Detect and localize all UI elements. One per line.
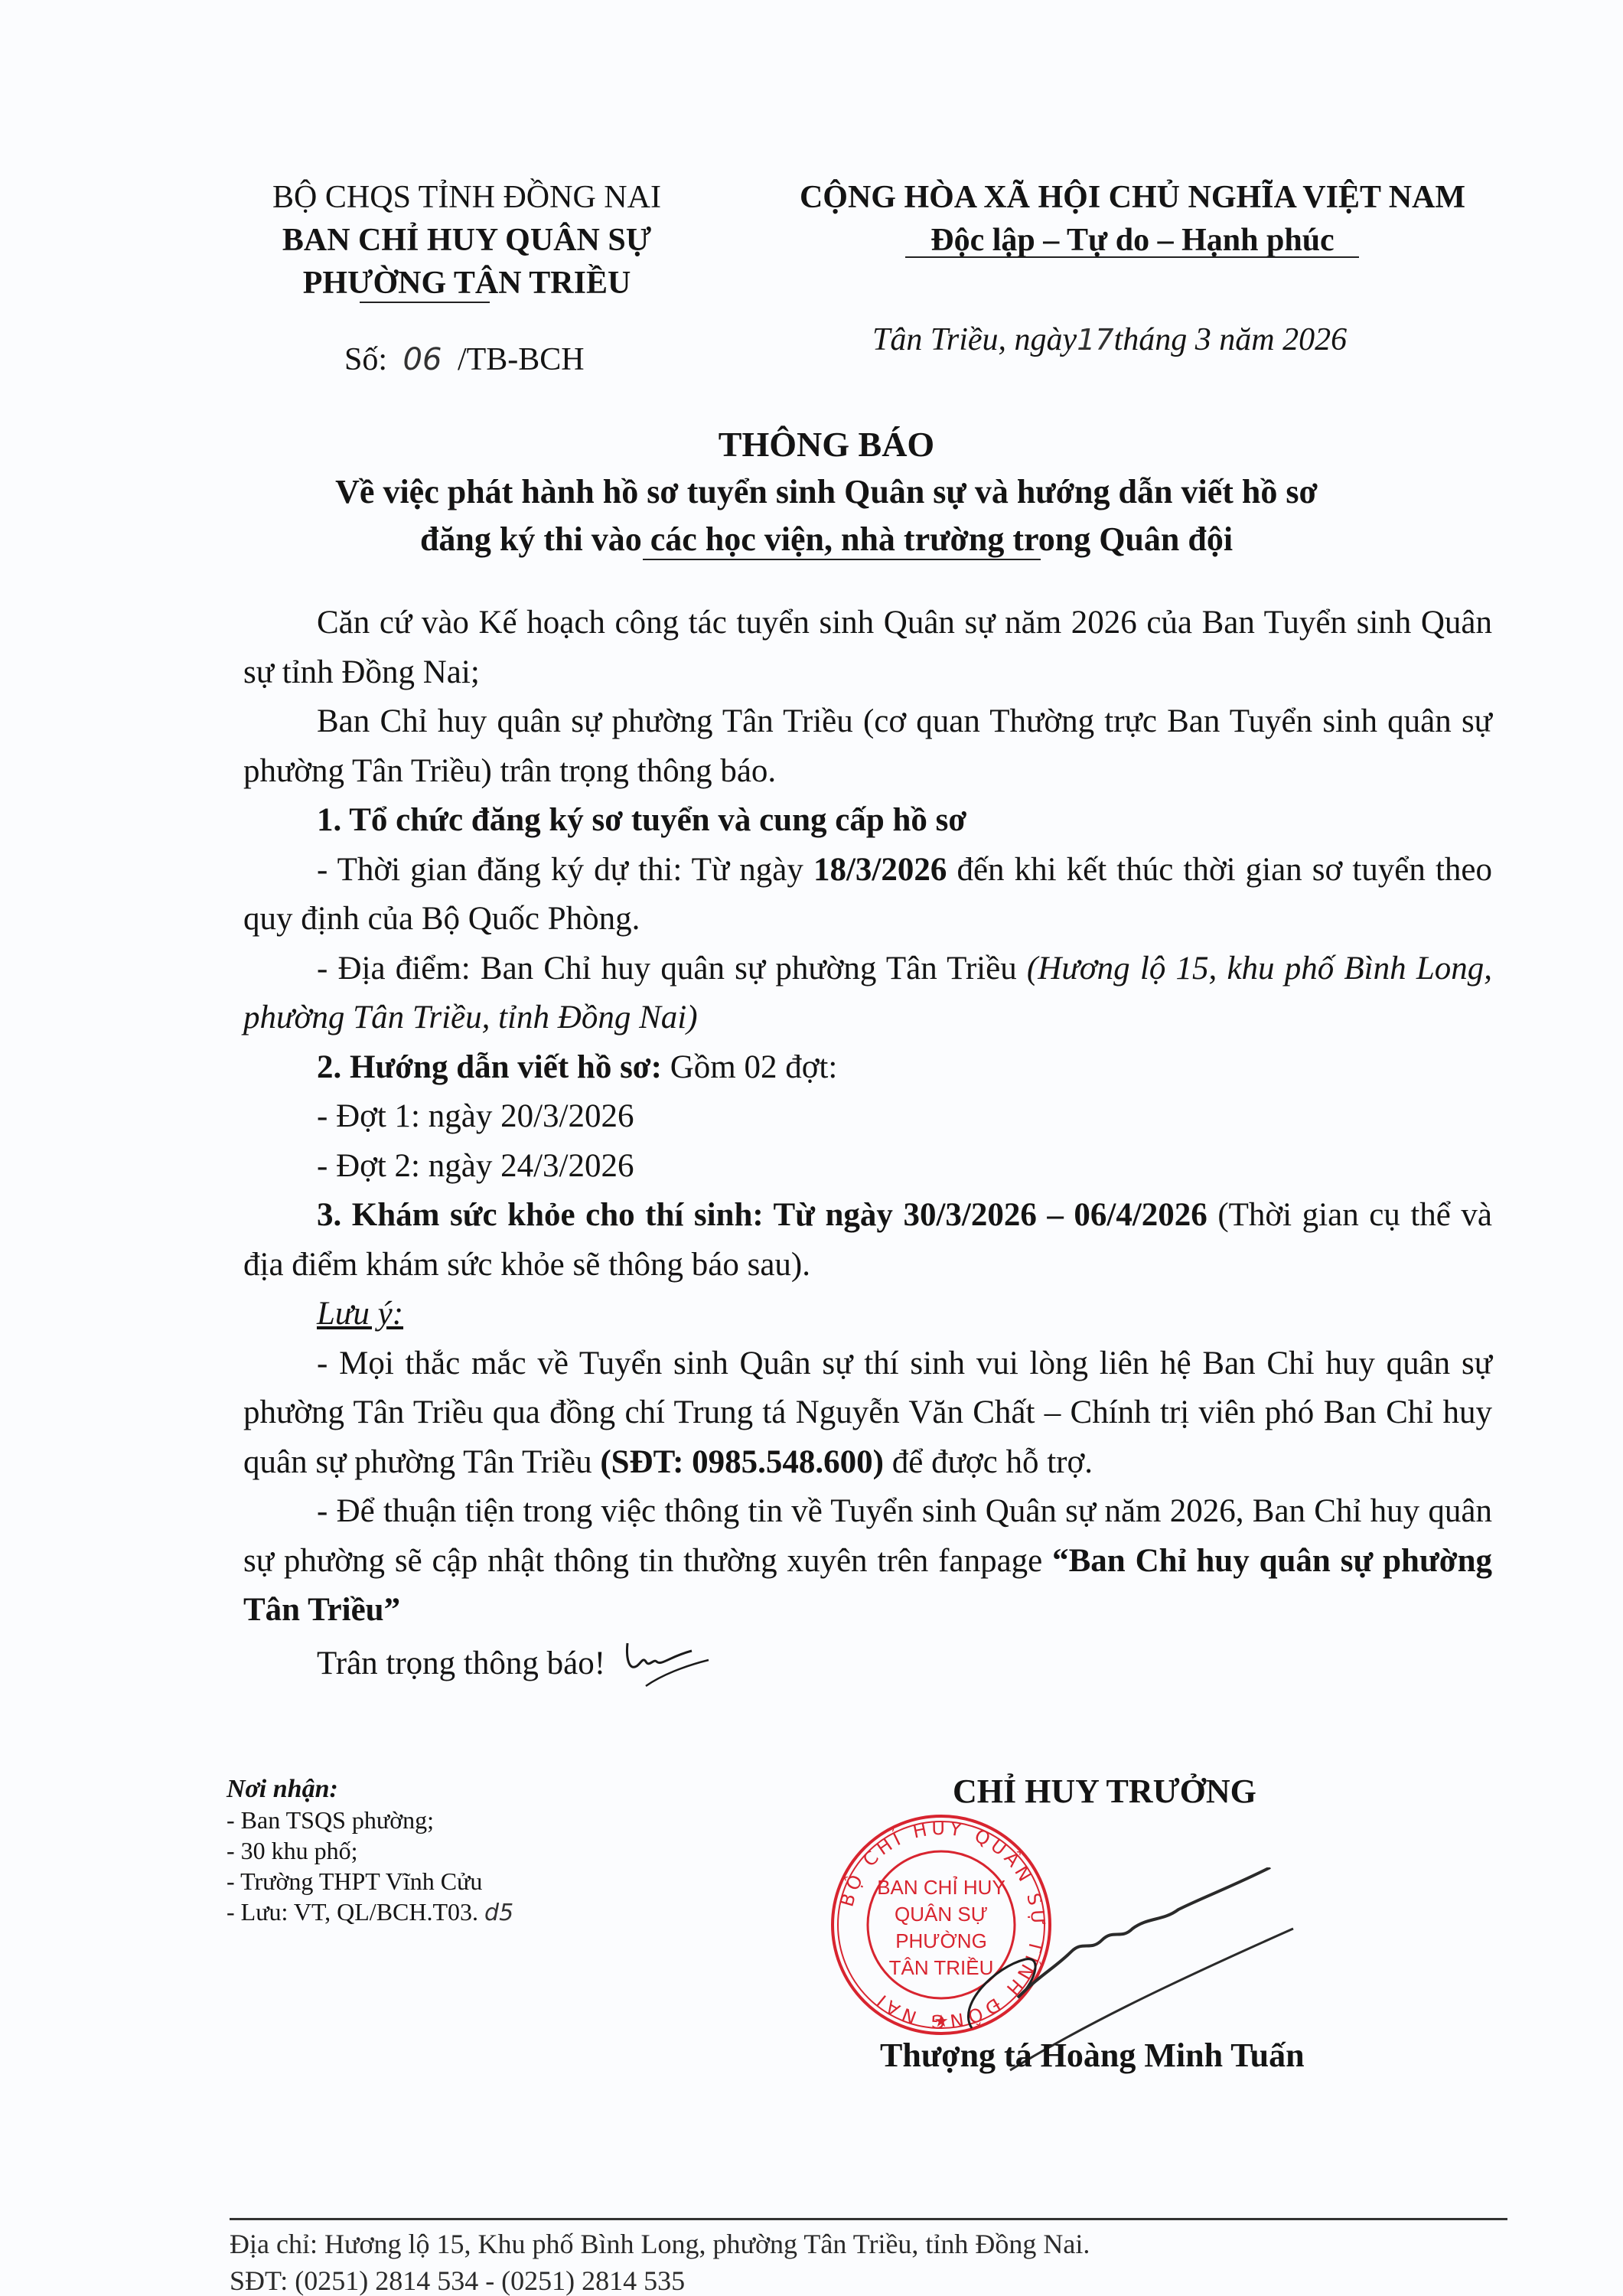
- title-underline: [643, 559, 1041, 560]
- document-subject-line1: Về việc phát hành hồ sơ tuyển sinh Quân …: [230, 468, 1423, 516]
- issuing-authority-block: BỘ CHQS TỈNH ĐỒNG NAI BAN CHỈ HUY QUÂN S…: [207, 176, 727, 305]
- signer-title: CHỈ HUY TRƯỞNG: [953, 1772, 1256, 1811]
- national-motto-block: CỘNG HÒA XÃ HỘI CHỦ NGHĨA VIỆT NAM Độc l…: [735, 176, 1530, 262]
- intro-announcement: Ban Chỉ huy quân sự phường Tân Triều (cơ…: [243, 697, 1492, 796]
- footer-divider: [230, 2218, 1507, 2220]
- section-1-heading: 1. Tổ chức đăng ký sơ tuyển và cung cấp …: [243, 796, 1492, 846]
- document-number: Số: 06 /TB-BCH: [344, 341, 585, 378]
- issuing-unit-line2: PHƯỜNG TÂN TRIỀU: [207, 262, 727, 305]
- footer-block: Địa chỉ: Hương lộ 15, Khu phố Bình Long,…: [230, 2226, 1530, 2296]
- closing-line: Trân trọng thông báo!: [243, 1636, 1492, 1689]
- footer-address: Địa chỉ: Hương lộ 15, Khu phố Bình Long,…: [230, 2226, 1530, 2262]
- header-left-underline: [360, 302, 490, 303]
- title-block: THÔNG BÁO Về việc phát hành hồ sơ tuyển …: [230, 421, 1423, 563]
- recipient-item: - Ban TSQS phường;: [227, 1805, 762, 1835]
- round-2: - Đợt 2: ngày 24/3/2026: [243, 1142, 1492, 1192]
- intro-basis: Căn cứ vào Kế hoạch công tác tuyển sinh …: [243, 598, 1492, 697]
- initials-signature-icon: [623, 1636, 715, 1689]
- recipient-item: - 30 khu phố;: [227, 1835, 762, 1866]
- document-subject-line2: đăng ký thi vào các học viện, nhà trường…: [230, 516, 1423, 563]
- health-check-dates: : Từ ngày 30/3/2026 – 06/4/2026: [752, 1197, 1207, 1233]
- note-label-line: Lưu ý:: [243, 1290, 1492, 1339]
- date-prefix: Tân Triều, ngày: [872, 322, 1077, 357]
- national-motto: Độc lập – Tự do – Hạnh phúc: [735, 219, 1530, 262]
- footer-phone: SĐT: (0251) 2814 534 - (0251) 2814 535: [230, 2262, 1530, 2296]
- doc-number-handwritten: 06: [396, 342, 450, 377]
- note-item-1: - Mọi thắc mắc về Tuyển sinh Quân sự thí…: [243, 1339, 1492, 1488]
- country-name: CỘNG HÒA XÃ HỘI CHỦ NGHĨA VIỆT NAM: [735, 176, 1530, 219]
- contact-phone: (SĐT: 0985.548.600): [600, 1444, 884, 1480]
- issue-date: Tân Triều, ngày17tháng 3 năm 2026: [872, 321, 1347, 358]
- registration-start-date: 18/3/2026: [813, 852, 947, 888]
- date-suffix: tháng 3 năm 2026: [1114, 322, 1348, 357]
- recipient-item: - Trường THPT Vĩnh Cửu: [227, 1866, 762, 1896]
- motto-underline: [905, 256, 1359, 258]
- note-item-2: - Để thuận tiện trong việc thông tin về …: [243, 1487, 1492, 1636]
- section-3-heading: 3. Khám sức khỏe cho thí sinh: [317, 1197, 752, 1233]
- recipient-item: - Lưu: VT, QL/BCH.T03. d5: [227, 1896, 762, 1929]
- document-body: Căn cứ vào Kế hoạch công tác tuyển sinh …: [243, 598, 1492, 1689]
- issuing-unit-line1: BAN CHỈ HUY QUÂN SỰ: [207, 219, 727, 262]
- recipients-block: Nơi nhận: - Ban TSQS phường; - 30 khu ph…: [227, 1774, 762, 1929]
- section-1-time: - Thời gian đăng ký dự thi: Từ ngày 18/3…: [243, 846, 1492, 944]
- section-2-heading: 2. Hướng dẫn viết hồ sơ: Gồm 02 đợt:: [243, 1043, 1492, 1093]
- doc-number-suffix: /TB-BCH: [458, 342, 585, 377]
- handwritten-initials: d5: [484, 1900, 513, 1926]
- signer-name: Thượng tá Hoàng Minh Tuấn: [880, 2036, 1305, 2075]
- recipients-label: Nơi nhận:: [227, 1774, 762, 1805]
- date-day-handwritten: 17: [1077, 323, 1113, 357]
- section-1-place: - Địa điểm: Ban Chỉ huy quân sự phường T…: [243, 944, 1492, 1043]
- round-1: - Đợt 1: ngày 20/3/2026: [243, 1092, 1492, 1142]
- parent-authority: BỘ CHQS TỈNH ĐỒNG NAI: [207, 176, 727, 219]
- document-type-heading: THÔNG BÁO: [230, 421, 1423, 468]
- section-3: 3. Khám sức khỏe cho thí sinh: Từ ngày 3…: [243, 1191, 1492, 1290]
- doc-number-label: Số:: [344, 342, 387, 377]
- note-label: Lưu ý:: [317, 1296, 403, 1332]
